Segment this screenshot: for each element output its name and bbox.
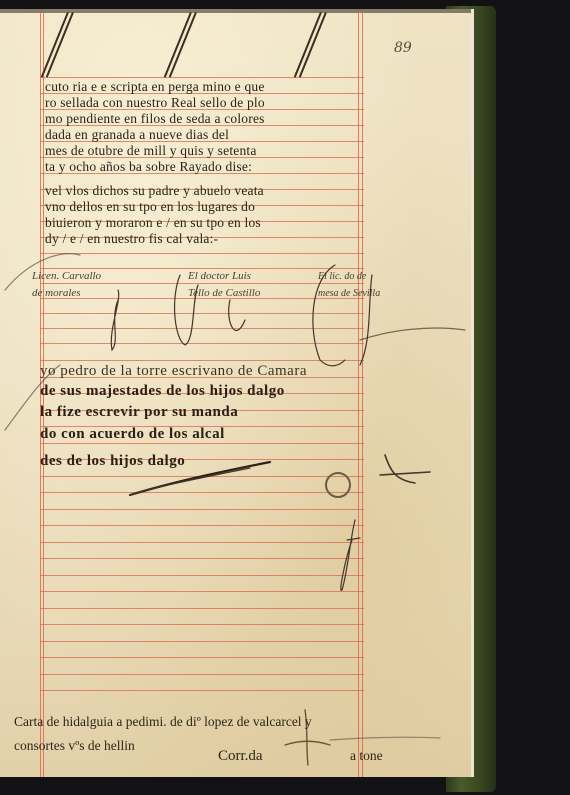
flourish-strokes (0, 0, 570, 795)
footer-line-1: Carta de hidalguia a pedimi. de diº lope… (14, 714, 312, 730)
footer-corrected: Corr.da (218, 748, 263, 765)
footer-line-2: consortes vºs de hellin (14, 738, 135, 754)
footer-right-note: a tone (350, 748, 383, 764)
